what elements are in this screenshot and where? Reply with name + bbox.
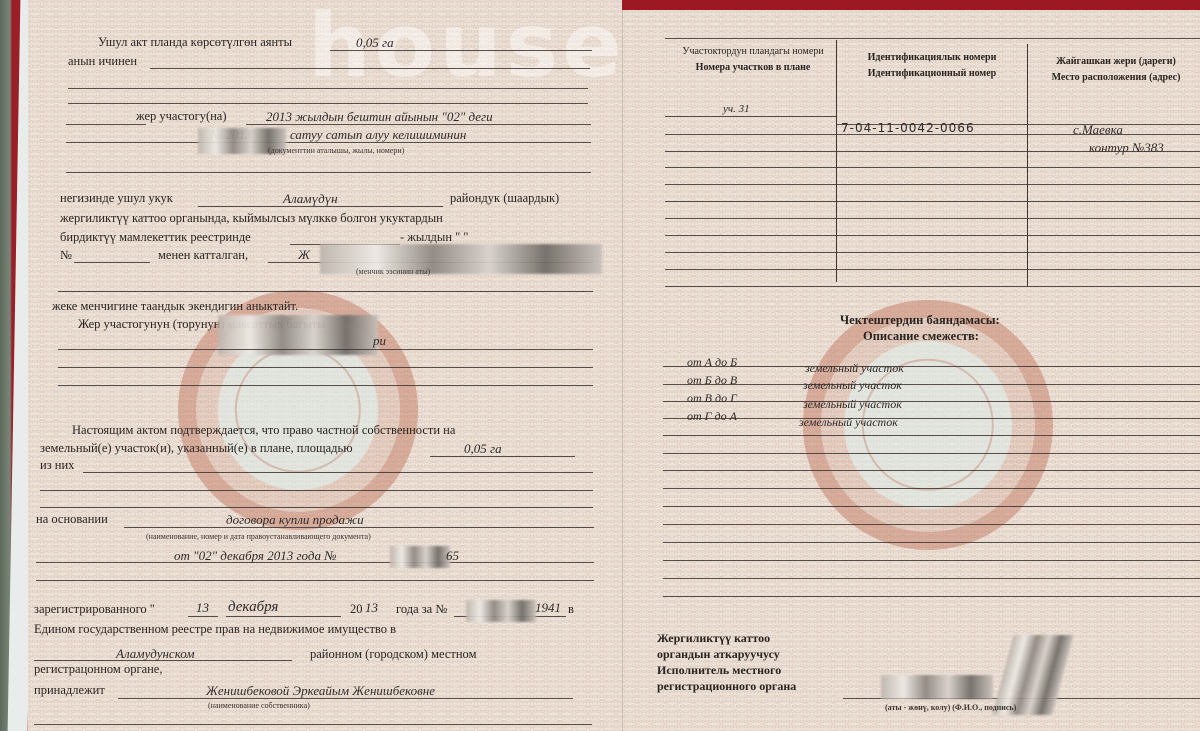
contract-date-suffix: 65 [446,549,459,562]
redacted-reg-number [466,600,536,622]
ru-para-line2: земельный(е) участок(и), указанный(е) в … [40,442,353,455]
adjacency-segment: от В до Г [687,392,737,404]
area-value: 0,05 га [356,36,394,49]
adjacency-segment: от Г до А [687,410,737,422]
basis-label: негизинде ушул укук [60,192,173,205]
red-cover-edge [620,0,1200,10]
contract-value: сатуу сатып алуу келишиминин [290,128,466,141]
area-label: Ушул акт планда көрсөтүлгөн аянты [98,36,292,49]
parcel-value: 2013 жылдын бештин айынын "02" деги [266,110,493,123]
registry-org-label: районном (городском) местном [310,648,476,661]
adjacency-description: земельный участок [803,379,902,391]
of-them-label: из них [40,459,74,472]
reg-year-prefix: 20 [350,603,363,616]
owner-caption: (менчик ээсинин аты) [356,268,430,276]
signatory-ru-1: Исполнитель местного [657,664,781,676]
basis-ru-value: договора купли продажи [226,513,364,526]
header-plot-number: Участоктордун пландагы номери Номера уча… [673,46,833,73]
reg-in: в [568,603,574,616]
adjacency-title-ky: Чектештердин баяндамасы: [840,314,1000,327]
purpose-value-suffix: ри [373,334,386,347]
reg-number-label: года за № [396,603,447,616]
signatory-ky-1: Жергиликтүү каттоо [657,632,770,644]
number-label: № [60,249,72,262]
basis-ru-label: на основании [36,513,108,526]
header-location: Жайгашкан жери (дареги) Место расположен… [1031,56,1200,83]
district-value: Аламүдүн [283,192,338,205]
redacted-signatory-name [881,675,993,699]
reg-number-suffix: 1941 [535,601,561,614]
belongs-label: принадлежит [34,684,105,697]
adjacency-segment: от Б до В [687,374,737,386]
private-ownership-line: жеке менчигине таандык экендигин аныктай… [52,300,298,313]
district-label: райондук (шаардык) [450,192,559,205]
adjacency-title-ru: Описание смежеств: [863,330,979,343]
para2-line1: жергиликтүү каттоо органында, кыймылсыз … [60,212,443,225]
parcel-label: жер участогу(на) [136,110,227,123]
location-value-2: контур №383 [1089,141,1164,154]
adjacency-description: земельный участок [803,398,902,410]
adjacency-segment: от А до Б [687,356,737,368]
registry-org-line2: регистрацонном органе, [34,663,162,676]
of-which-label: анын ичинен [68,55,137,68]
signature-caption: (аты - жөнү, колу) (Ф.И.О., подпись) [885,704,1016,712]
owner-initial: Ж [298,248,310,261]
signatory-ru-2: регистрационного органа [657,680,796,692]
header-id-number: Идентификациялык номери Идентификационны… [841,52,1023,79]
reg-month: декабря [228,600,278,615]
adjacency-description: земельный участок [805,362,904,374]
para2-line2: бирдиктүү мамлекеттик реестринде [60,231,251,244]
right-page: Участоктордун пландагы номери Номера уча… [622,10,1200,731]
ru-para-line1: Настоящим актом подтверждается, что прав… [72,424,455,437]
reg-year: 13 [365,601,378,614]
left-page: house.kg Ушул акт планда көрсөтүлгөн аян… [28,0,622,731]
para2-year: - жылдын " " [400,231,468,244]
registered-ru-label: зарегистрированного " [34,603,155,616]
contract-date: от "02" декабря 2013 года № [174,549,336,562]
plot-number-value: уч. 31 [723,104,750,115]
id-number-value: 7-04-11-0042-0066 [841,122,975,134]
adjacency-description: земельный участок [799,416,898,428]
registry-org-value: Аламудунском [116,647,195,660]
basis-ru-caption: (наименование, номер и дата правоустанав… [146,533,371,541]
redacted-contract-no [390,546,450,568]
registered-label: менен катталган, [158,249,248,262]
doc-caption: (документтин аталышы, жылы, номери) [268,147,404,155]
reg-day: 13 [196,601,209,614]
owner-value: Женишбековой Эркеайым Женишбековне [206,684,435,697]
registry-line: Едином государственном реестре прав на н… [34,623,396,636]
ru-area-value: 0,05 га [464,442,502,455]
signatory-ky-2: органдын аткаруучусу [657,648,780,660]
owner-ru-caption: (наименование собственника) [208,702,310,710]
